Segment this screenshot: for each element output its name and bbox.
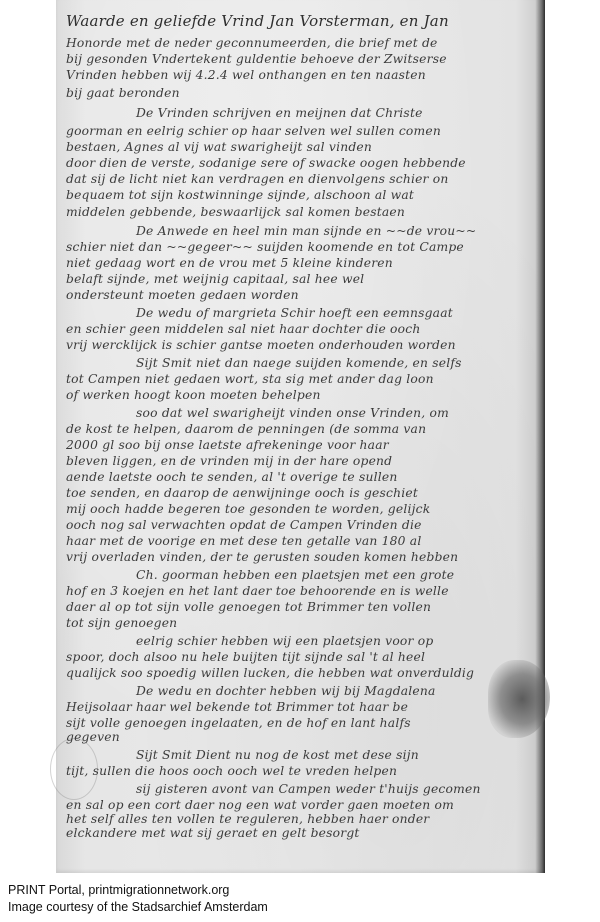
text-line: toe senden, en daarop de aenwijninge ooc… <box>66 486 531 500</box>
text-line: tot Campen niet gedaen wort, sta sig met… <box>66 372 531 386</box>
text-line: De wedu en dochter hebben wij bij Magdal… <box>66 684 531 698</box>
manuscript-page: Waarde en geliefde Vrind Jan Vorsterman,… <box>56 0 545 873</box>
text-line: soo dat wel swarigheijt vinden onse Vrin… <box>66 406 531 420</box>
text-line: haar met de voorige en met dese ten geta… <box>66 534 531 548</box>
text-line: eelrig schier hebben wij een plaetsjen v… <box>66 634 531 648</box>
text-line: bleven liggen, en de vrinden mij in der … <box>66 454 531 468</box>
text-line: bequaem tot sijn kostwinninge sijnde, al… <box>66 188 531 202</box>
text-line: of werken hoogt koon moeten behelpen <box>66 388 531 402</box>
text-line: de kost te helpen, daarom de penningen (… <box>66 422 531 436</box>
caption-source: PRINT Portal, printmigrationnetwork.org <box>8 882 268 899</box>
text-line: bestaen, Agnes al vij wat swarigheijt sa… <box>66 140 531 154</box>
text-line: sijt volle genoegen ingelaaten, en de ho… <box>66 716 531 730</box>
text-line: elckandere met wat sij geraet en gelt be… <box>66 826 531 840</box>
text-line: vrij wercklijck is schier gantse moeten … <box>66 338 531 352</box>
text-line: niet gedaag wort en de vrou met 5 kleine… <box>66 256 531 270</box>
caption-credit: Image courtesy of the Stadsarchief Amste… <box>8 899 268 916</box>
text-line: en sal op een cort daer nog een wat vord… <box>66 798 531 812</box>
image-caption: PRINT Portal, printmigrationnetwork.org … <box>8 882 268 916</box>
text-line: bij gaat beronden <box>66 86 531 100</box>
text-line: De Vrinden schrijven en meijnen dat Chri… <box>66 106 531 120</box>
text-line: belaft sijnde, met weijnig capitaal, sal… <box>66 272 531 286</box>
text-line: vrij overladen vinden, der te gerusten s… <box>66 550 531 564</box>
text-line: schier niet dan ~~gegeer~~ suijden koome… <box>66 240 531 254</box>
text-line: Honorde met de neder geconnumeerden, die… <box>66 36 531 50</box>
text-line: door dien de verste, sodanige sere of sw… <box>66 156 531 170</box>
text-line: Vrinden hebben wij 4.2.4 wel onthangen e… <box>66 68 531 82</box>
text-line: Sijt Smit Dient nu nog de kost met dese … <box>66 748 531 762</box>
text-line: tot sijn genoegen <box>66 616 531 630</box>
text-line: dat sij de licht niet kan verdragen en d… <box>66 172 531 186</box>
text-line: 2000 gl soo bij onse laetste afrekeninge… <box>66 438 531 452</box>
text-line: ondersteunt moeten gedaen worden <box>66 288 531 302</box>
text-line: sij gisteren avont van Campen weder t'hu… <box>66 782 531 796</box>
text-line: gegeven <box>66 730 531 744</box>
text-line: het self alles ten vollen te reguleren, … <box>66 812 531 826</box>
text-line: Ch. goorman hebben een plaetsjen met een… <box>66 568 531 582</box>
text-line: hof en 3 koejen en het lant daer toe beh… <box>66 584 531 598</box>
text-line: tijt, sullen die hoos ooch ooch wel te v… <box>66 764 531 778</box>
text-line: qualijck soo spoedig willen lucken, die … <box>66 666 531 680</box>
text-line: Heijsolaar haar wel bekende tot Brimmer … <box>66 700 531 714</box>
text-line: en schier geen middelen sal niet haar do… <box>66 322 531 336</box>
text-line: goorman en eelrig schier op haar selven … <box>66 124 531 138</box>
text-line: aende laetste ooch te senden, al 't over… <box>66 470 531 484</box>
text-line: De Anwede en heel min man sijnde en ~~de… <box>66 224 531 238</box>
text-line: daer al op tot sijn volle genoegen tot B… <box>66 600 531 614</box>
text-line: bij gesonden Vndertekent guldentie behoe… <box>66 52 531 66</box>
text-line: middelen gebbende, beswaarlijck sal kome… <box>66 205 531 219</box>
text-line: ooch nog sal verwachten opdat de Campen … <box>66 518 531 532</box>
text-line: mij ooch hadde begeren toe gesonden te w… <box>66 502 531 516</box>
text-line: De wedu of margrieta Schir hoeft een eem… <box>66 306 531 320</box>
text-line: Sijt Smit niet dan naege suijden komende… <box>66 356 531 370</box>
text-line: spoor, doch alsoo nu hele buijten tijt s… <box>66 650 531 664</box>
text-line: Waarde en geliefde Vrind Jan Vorsterman,… <box>66 12 531 30</box>
